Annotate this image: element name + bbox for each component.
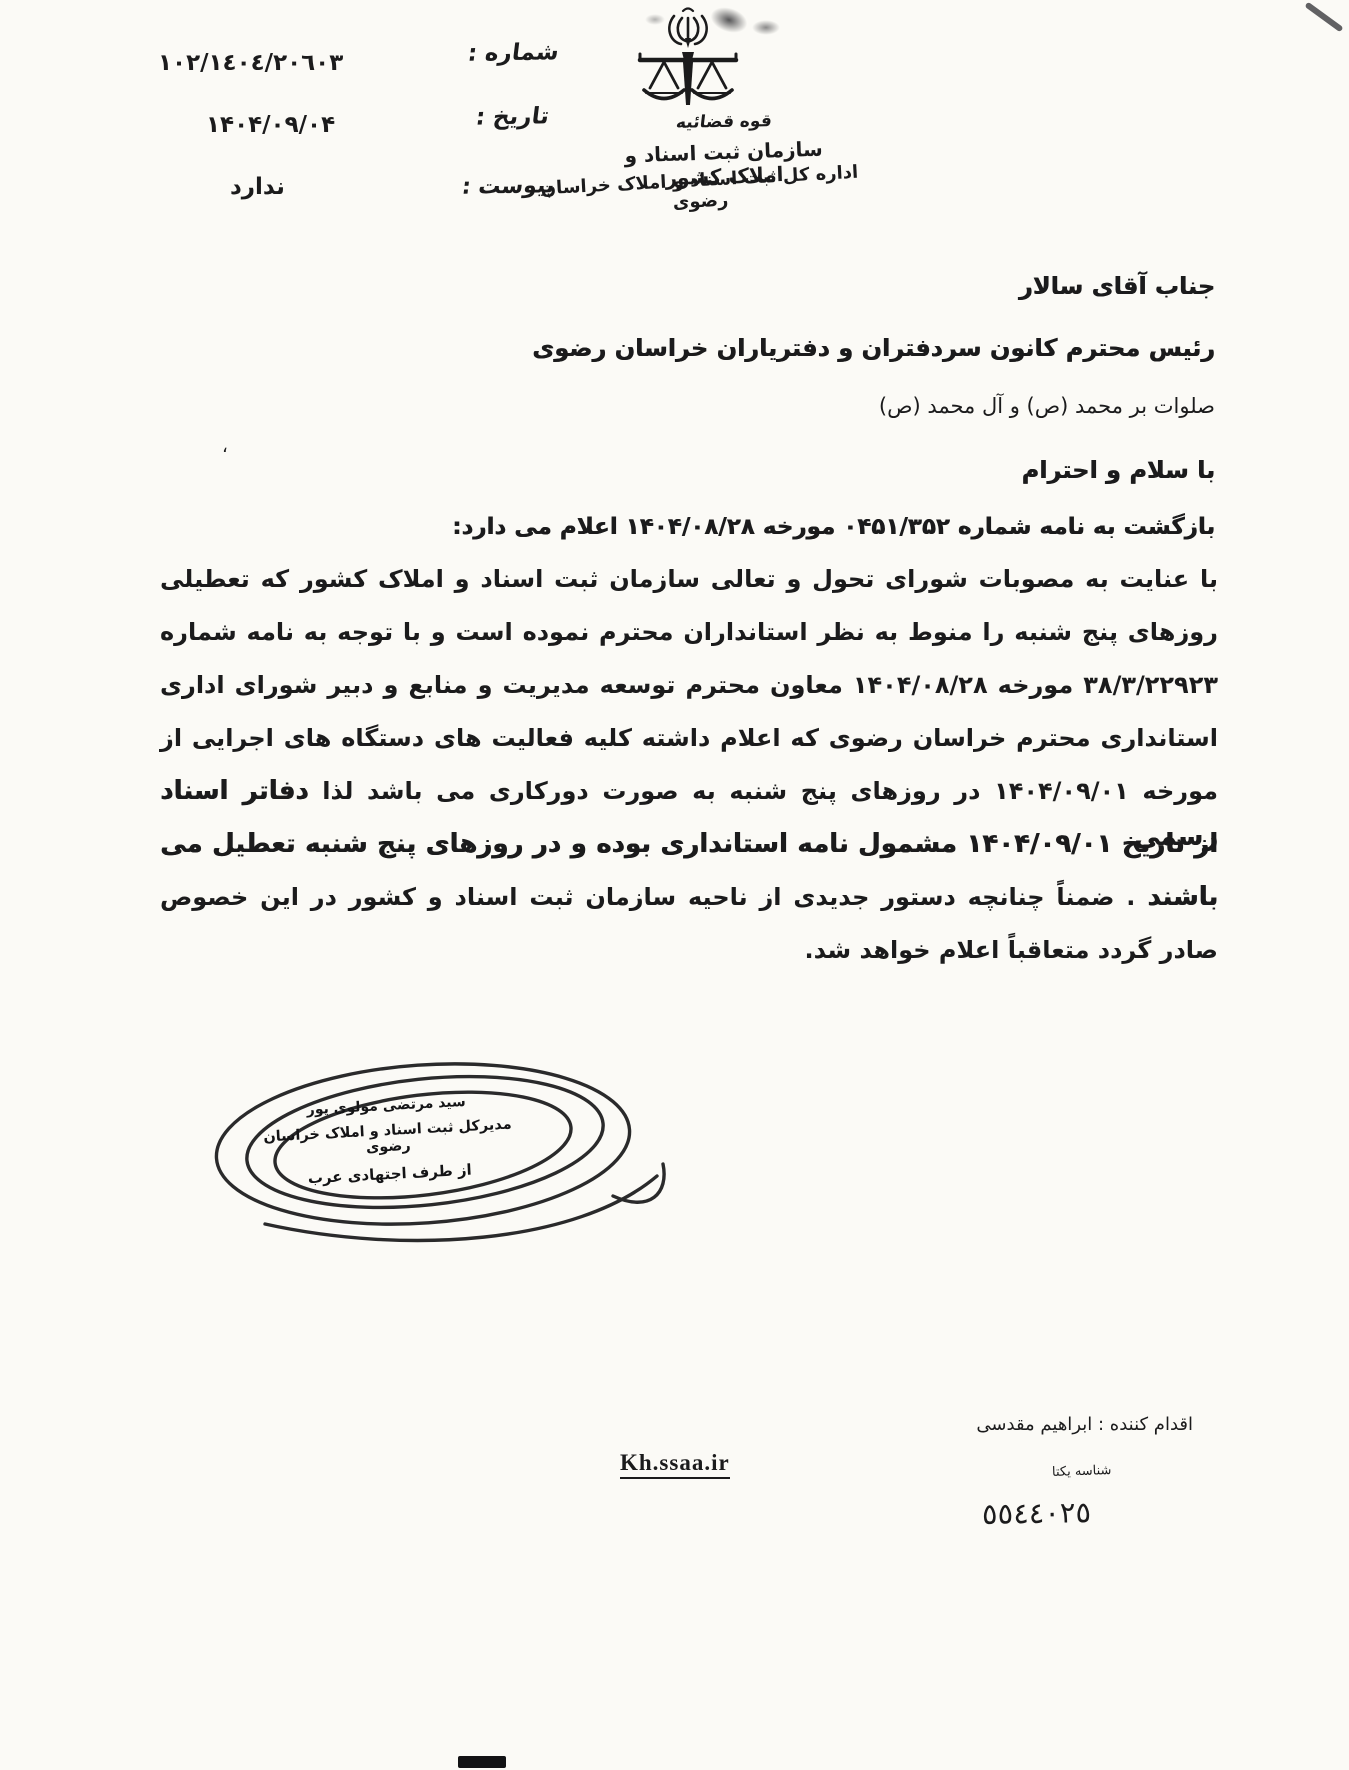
website-text: Kh.ssaa.ir [620, 1450, 730, 1479]
reference-line: بازگشت به نامه شماره ۰۴۵۱/۳۵۲ مورخه ۱۴۰۴… [452, 514, 1215, 540]
line-text-emphasis: از تاریخ ۱۴۰۴/۰۹/۰۱ مشمول نامه استانداری… [160, 829, 1218, 859]
line-text: . ضمناً چنانچه دستور جدیدی از ناحیه سازم… [160, 883, 1147, 911]
line-text: با عنایت به مصوبات شورای تحول و تعالی سا… [160, 565, 1218, 593]
paragraph-line: باشند . ضمناً چنانچه دستور جدیدی از ناحی… [160, 874, 1218, 927]
line-text: استانداری محترم خراسان رضوی که اعلام داش… [160, 724, 1218, 752]
scanned-letter-page: قوه قضائیه سازمان ثبت اسناد و املاک کشور… [0, 0, 1349, 1770]
line-text: روزهای پنج شنبه را منوط به نظر استاندارا… [160, 618, 1218, 646]
line-text-emphasis: باشند [1147, 882, 1218, 912]
number-label: شماره : [466, 39, 560, 67]
attachment-value: ندارد [230, 174, 285, 200]
stamp-text-block: سید مرتضی مولوی پور مدیرکل ثبت اسناد و ا… [256, 1091, 520, 1189]
number-value: ١٠٢/١٤٠٤/٢٠٦٠٣ [158, 50, 343, 76]
paragraph-line: ۳۸/۳/۲۲۹۲۳ مورخه ۱۴۰۴/۰۸/۲۸ معاون محترم … [160, 662, 1218, 715]
paragraph-line: با عنایت به مصوبات شورای تحول و تعالی سا… [160, 556, 1218, 609]
recipient-title: رئیس محترم کانون سردفتران و دفتریاران خر… [532, 334, 1215, 362]
line-text: صادر گردد متعاقباً اعلام خواهد شد. [805, 936, 1218, 964]
stray-comma-mark: ، [222, 436, 228, 457]
salawat-line: صلوات بر محمد (ص) و آل محمد (ص) [879, 394, 1215, 418]
line-text: ۳۸/۳/۲۲۹۲۳ مورخه ۱۴۰۴/۰۸/۲۸ معاون محترم … [160, 671, 1218, 699]
unique-id-label: شناسه یکتا [1052, 1463, 1112, 1480]
scan-smudge [752, 20, 780, 35]
greeting-line: با سلام و احترام [1022, 456, 1216, 484]
paragraph-line: صادر گردد متعاقباً اعلام خواهد شد. [160, 927, 1218, 980]
scan-smudge [645, 14, 665, 25]
body-paragraph: با عنایت به مصوبات شورای تحول و تعالی سا… [160, 556, 1218, 980]
line-text: مورخه ۱۴۰۴/۰۹/۰۱ در روزهای پنج شنبه به ص… [309, 777, 1218, 805]
org-line-judiciary: قوه قضائیه [663, 111, 786, 133]
handler-line: اقدام کننده : ابراهیم مقدسی [976, 1414, 1193, 1435]
date-label: تاریخ : [474, 103, 550, 130]
paragraph-line: روزهای پنج شنبه را منوط به نظر استاندارا… [160, 609, 1218, 662]
paragraph-line: استانداری محترم خراسان رضوی که اعلام داش… [160, 715, 1218, 768]
recipient-name: جناب آقای سالار [1019, 272, 1215, 300]
stamp-signer-title: مدیرکل ثبت اسناد و املاک خراسان رضوی [257, 1116, 518, 1162]
paragraph-line-emphasis: از تاریخ ۱۴۰۴/۰۹/۰۱ مشمول نامه استانداری… [160, 821, 1218, 874]
unique-id-number: ٥٥٤٤٠٢٥ [982, 1495, 1092, 1531]
bottom-scan-mark [458, 1756, 506, 1768]
org-line-directorate: اداره کل ثبت اسناد و املاک خراسان رضوی [519, 161, 881, 222]
paragraph-line: مورخه ۱۴۰۴/۰۹/۰۱ در روزهای پنج شنبه به ص… [160, 768, 1218, 821]
corner-scan-mark [1304, 2, 1343, 33]
attachment-label: پیوست : [460, 173, 556, 200]
date-value: ۱۴۰۴/۰۹/۰۴ [206, 112, 335, 138]
